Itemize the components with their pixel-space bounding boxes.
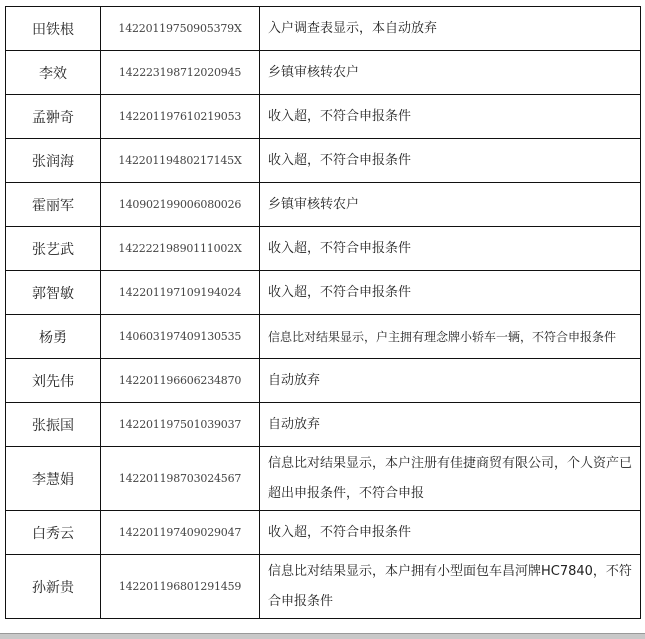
id-number-cell: 142201198703024567 [101,447,260,511]
name-cell: 田铁根 [6,7,101,51]
note-cell: 自动放弃 [260,403,641,447]
table-row: 霍丽军 140902199006080026 乡镇审核转农户 [6,183,641,227]
table-row: 张振国 142201197501039037 自动放弃 [6,403,641,447]
name-cell: 白秀云 [6,511,101,555]
id-number-cell: 142201197610219053 [101,95,260,139]
id-number-cell: 14222219890111002X [101,227,260,271]
name-cell: 张艺武 [6,227,101,271]
name-cell: 霍丽军 [6,183,101,227]
name-cell: 张润海 [6,139,101,183]
horizontal-scrollbar-edge [0,633,645,639]
id-number-cell: 140902199006080026 [101,183,260,227]
id-number-cell: 142223198712020945 [101,51,260,95]
note-cell: 信息比对结果显示，本户注册有佳捷商贸有限公司，个人资产已超出申报条件，不符合申报 [260,447,641,511]
id-number-cell: 14220119480217145X [101,139,260,183]
table-row: 刘先伟 142201196606234870 自动放弃 [6,359,641,403]
table-row: 孟翀奇 142201197610219053 收入超，不符合申报条件 [6,95,641,139]
id-number-cell: 142201196801291459 [101,555,260,619]
table-row: 田铁根 14220119750905379X 入户调查表显示，本自动放弃 [6,7,641,51]
id-number-cell: 142201197409029047 [101,511,260,555]
table-row: 李效 142223198712020945 乡镇审核转农户 [6,51,641,95]
note-cell: 自动放弃 [260,359,641,403]
note-cell: 信息比对结果显示，本户拥有小型面包车昌河牌HC7840，不符合申报条件 [260,555,641,619]
note-cell: 乡镇审核转农户 [260,183,641,227]
name-cell: 杨勇 [6,315,101,359]
id-number-cell: 142201197501039037 [101,403,260,447]
id-number-cell: 140603197409130535 [101,315,260,359]
name-cell: 郭智敏 [6,271,101,315]
note-cell: 收入超，不符合申报条件 [260,511,641,555]
note-cell: 乡镇审核转农户 [260,51,641,95]
name-cell: 李效 [6,51,101,95]
name-cell: 李慧娟 [6,447,101,511]
table-row: 张润海 14220119480217145X 收入超，不符合申报条件 [6,139,641,183]
table-row: 李慧娟 142201198703024567 信息比对结果显示，本户注册有佳捷商… [6,447,641,511]
note-cell: 收入超，不符合申报条件 [260,227,641,271]
note-cell: 收入超，不符合申报条件 [260,95,641,139]
table-row: 杨勇 140603197409130535 信息比对结果显示，户主拥有理念牌小轿… [6,315,641,359]
id-number-cell: 142201196606234870 [101,359,260,403]
id-number-cell: 14220119750905379X [101,7,260,51]
name-cell: 孟翀奇 [6,95,101,139]
table-row: 孙新贵 142201196801291459 信息比对结果显示，本户拥有小型面包… [6,555,641,619]
table-row: 白秀云 142201197409029047 收入超，不符合申报条件 [6,511,641,555]
note-cell: 收入超，不符合申报条件 [260,139,641,183]
name-cell: 刘先伟 [6,359,101,403]
note-cell: 收入超，不符合申报条件 [260,271,641,315]
name-cell: 孙新贵 [6,555,101,619]
id-number-cell: 142201197109194024 [101,271,260,315]
note-cell: 入户调查表显示，本自动放弃 [260,7,641,51]
table-row: 郭智敏 142201197109194024 收入超，不符合申报条件 [6,271,641,315]
note-cell: 信息比对结果显示，户主拥有理念牌小轿车一辆，不符合申报条件 [260,315,641,359]
records-table: 田铁根 14220119750905379X 入户调查表显示，本自动放弃 李效 … [5,6,641,619]
name-cell: 张振国 [6,403,101,447]
table-row: 张艺武 14222219890111002X 收入超，不符合申报条件 [6,227,641,271]
